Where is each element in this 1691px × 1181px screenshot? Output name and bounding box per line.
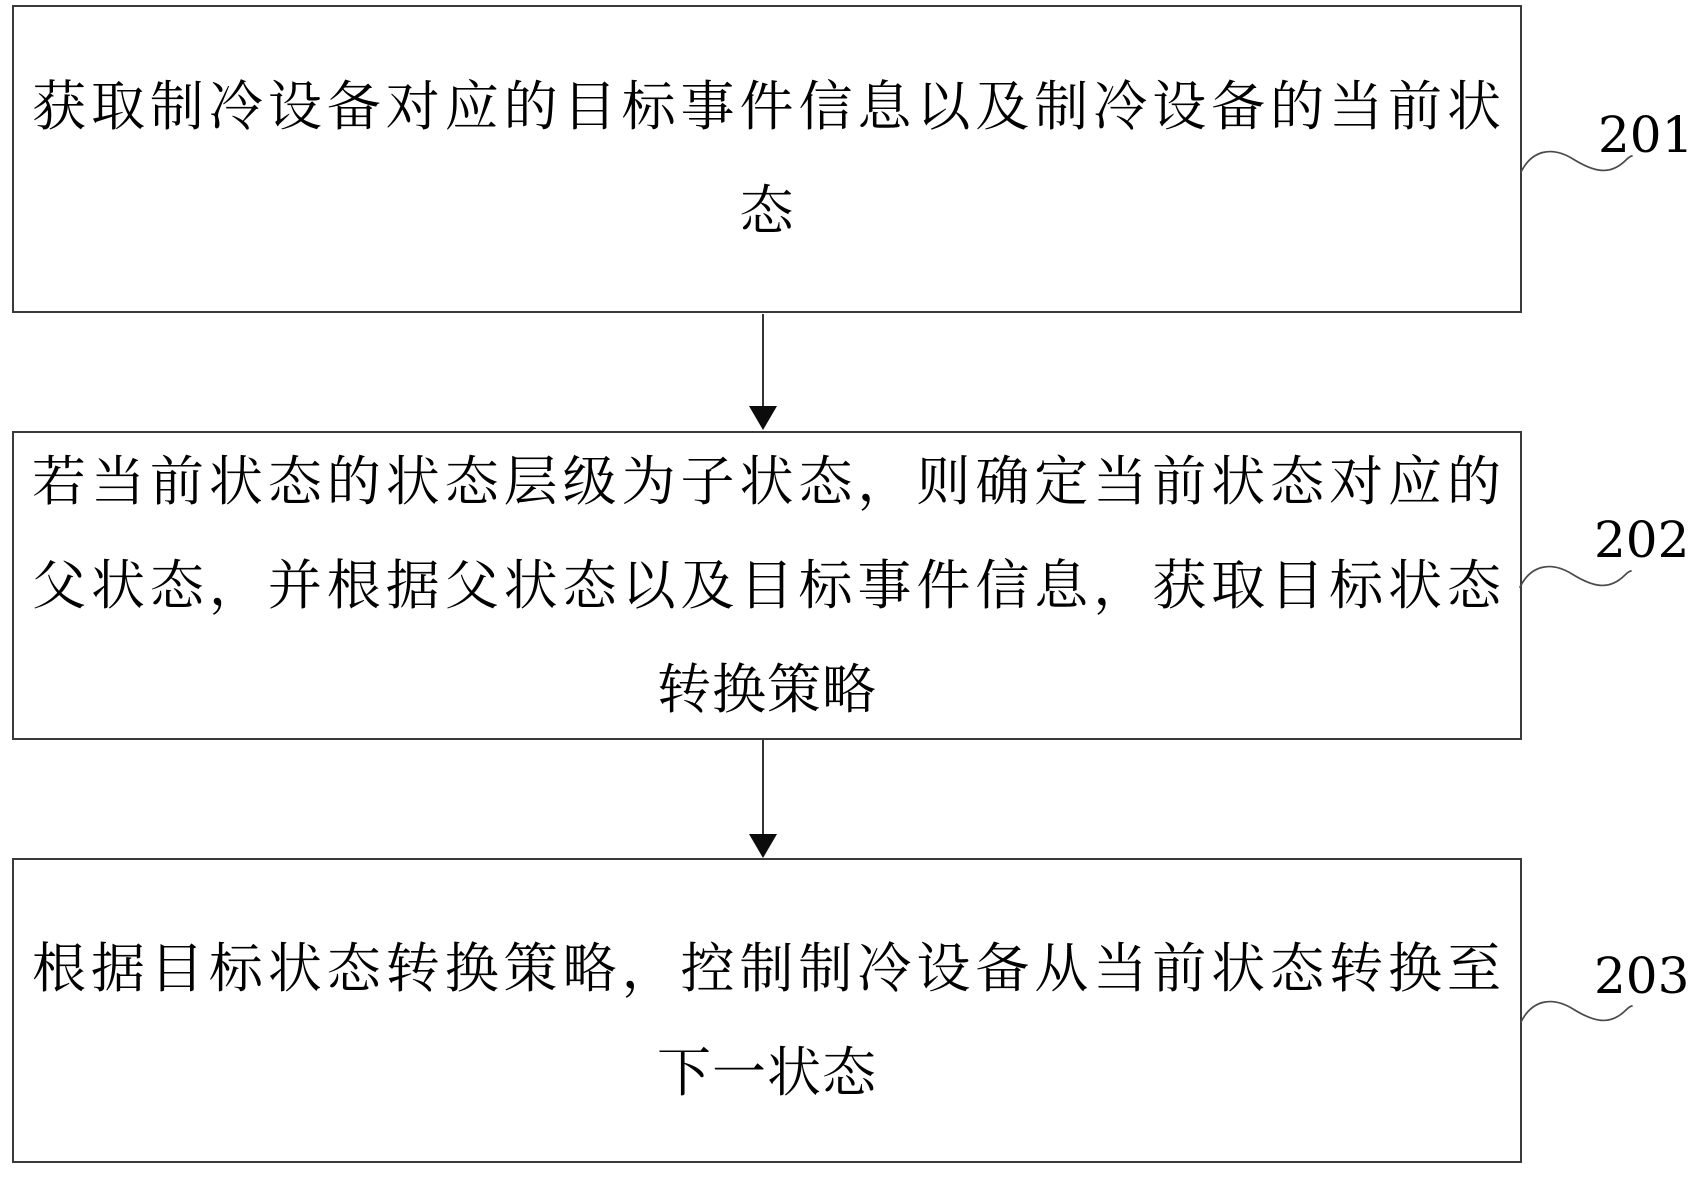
step-202-line-2: 父状态，并根据父状态以及目标事件信息，获取目标状态 — [32, 534, 1502, 638]
tilde-connector-203 — [1520, 996, 1638, 1030]
step-box-203: 根据目标状态转换策略，控制制冷设备从当前状态转换至 下一状态 — [12, 858, 1522, 1163]
step-201-line-2: 态 — [32, 159, 1502, 263]
step-box-202: 若当前状态的状态层级为子状态，则确定当前状态对应的 父状态，并根据父状态以及目标… — [12, 431, 1522, 740]
reference-numeral-203: 203 — [1594, 951, 1689, 1001]
flow-arrow-1-head — [749, 406, 777, 430]
step-201-line-1: 获取制冷设备对应的目标事件信息以及制冷设备的当前状 — [32, 55, 1502, 159]
flow-arrow-2-head — [749, 834, 777, 858]
step-203-line-2: 下一状态 — [32, 1021, 1502, 1125]
reference-numeral-202: 202 — [1594, 515, 1689, 565]
tilde-connector-202 — [1519, 561, 1637, 595]
step-box-201: 获取制冷设备对应的目标事件信息以及制冷设备的当前状 态 — [12, 5, 1522, 313]
step-202-line-3: 转换策略 — [32, 638, 1502, 742]
step-203-line-1: 根据目标状态转换策略，控制制冷设备从当前状态转换至 — [32, 917, 1502, 1021]
step-202-line-1: 若当前状态的状态层级为子状态，则确定当前状态对应的 — [32, 430, 1502, 534]
tilde-connector-201 — [1520, 146, 1638, 180]
